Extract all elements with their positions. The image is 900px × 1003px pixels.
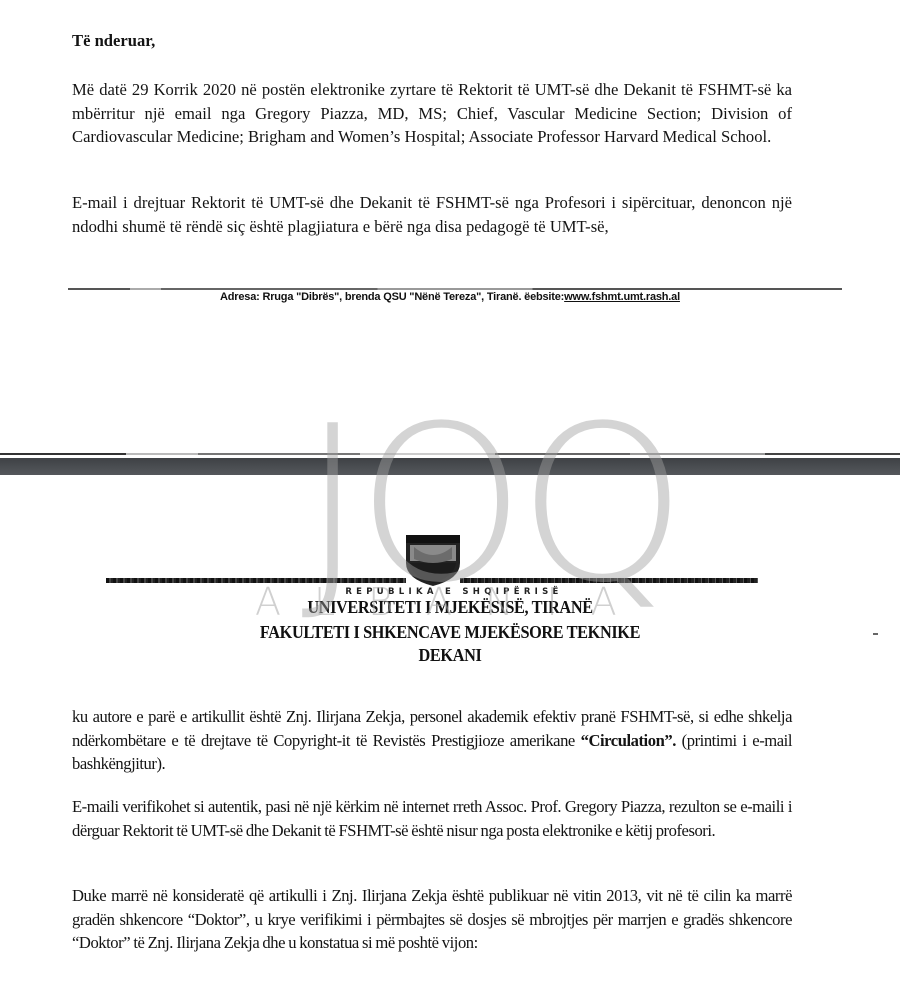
page-break-line <box>0 453 900 455</box>
letterhead-faculty: FAKULTETI I SHKENCAVE MJEKËSORE TEKNIKE <box>32 622 869 643</box>
letterhead-office: DEKANI <box>32 645 869 666</box>
paragraph-email-verified: E-maili verifikohet si autentik, pasi në… <box>72 795 792 842</box>
greeting: Të nderuar, <box>72 31 155 51</box>
letterhead-rule-left <box>106 578 406 583</box>
albanian-coat-of-arms-icon <box>404 533 462 587</box>
watermark-logo: JOQ <box>290 405 690 605</box>
journal-name: “Circulation”. <box>581 731 676 750</box>
letterhead-republic: REPUBLIKA E SHQIPËRISË <box>0 587 900 597</box>
paragraph-first-author: ku autore e parë e artikullit është Znj.… <box>72 705 792 776</box>
letterhead-university: UNIVERSITETI I MJEKËSISË, TIRANË <box>32 597 869 618</box>
footer-address: Adresa: Rruga "Dibrës", brenda QSU "Nënë… <box>0 291 900 303</box>
scan-speck <box>873 633 878 635</box>
website-link[interactable]: www.fshmt.umt.rash.al <box>564 291 680 303</box>
page-separator-bar <box>0 458 900 475</box>
footer-divider <box>68 288 842 290</box>
paragraph-verification: Duke marrë në konsideratë që artikulli i… <box>72 884 792 955</box>
paragraph-email-received: Më datë 29 Korrik 2020 në postën elektro… <box>72 78 792 149</box>
address-text: Adresa: Rruga "Dibrës", brenda QSU "Nënë… <box>220 291 564 303</box>
letterhead-rule-right <box>460 578 758 583</box>
paragraph-email-denounces: E-mail i drejtuar Rektorit të UMT-së dhe… <box>72 191 792 238</box>
